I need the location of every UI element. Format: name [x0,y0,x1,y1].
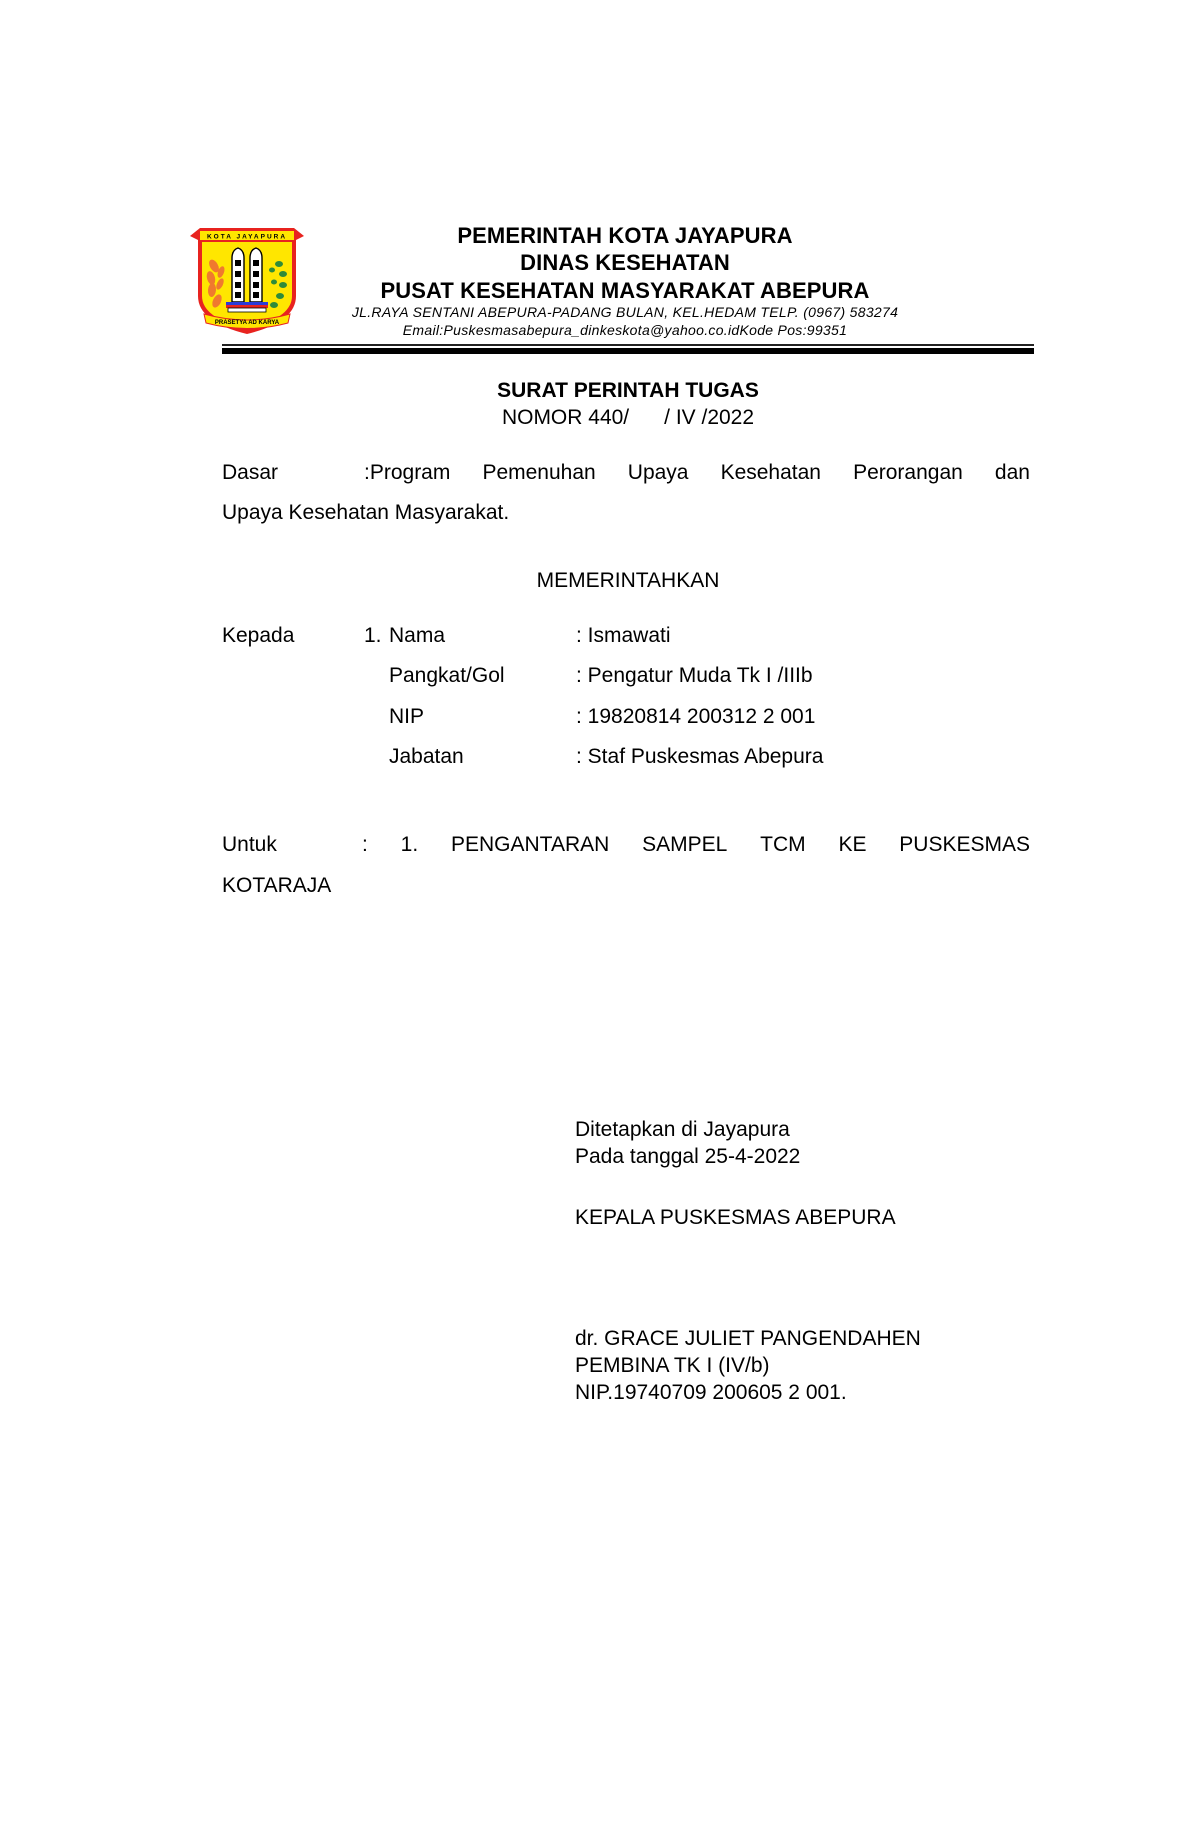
untuk-word: KE [838,833,866,857]
command-heading: MEMERINTAHKAN [222,569,1034,593]
kepada-field-value: : Staf Puskesmas Abepura [576,745,823,769]
letterhead-line-1: PEMERINTAH KOTA JAYAPURA [320,222,930,249]
dasar-word: Perorangan [853,461,963,485]
kepada-field-label: Jabatan [389,745,464,769]
dasar-word: Kesehatan [721,461,821,485]
document-number: NOMOR 440/ / IV /2022 [222,406,1034,430]
signatory-nip: NIP.19740709 200605 2 001. [575,1379,847,1406]
kepada-field-label: Pangkat/Gol [389,664,505,688]
untuk-text-line-2: KOTARAJA [222,874,331,898]
dasar-text-line-2: Upaya Kesehatan Masyarakat. [222,501,509,525]
letterhead-divider-thick [222,348,1034,354]
kepada-index: 1. [364,624,382,648]
letterhead-line-3: PUSAT KESEHATAN MASYARAKAT ABEPURA [320,277,930,304]
dasar-word: Pemenuhan [482,461,595,485]
emblem-icon: KOTA JAYAPURA [186,226,308,336]
dasar-text-line-1: :ProgramPemenuhanUpayaKesehatanPeroranga… [364,461,1030,485]
dasar-word: :Program [364,461,450,485]
letterhead-divider-thin [222,344,1034,346]
signatory-name: dr. GRACE JULIET PANGENDAHEN [575,1325,921,1352]
document-title: SURAT PERINTAH TUGAS [222,379,1034,403]
signature-place: Ditetapkan di Jayapura [575,1116,790,1143]
kepada-field-value: : Ismawati [576,624,671,648]
untuk-word: PENGANTARAN [451,833,609,857]
dasar-word: Upaya [628,461,689,485]
letterhead-address: JL.RAYA SENTANI ABEPURA-PADANG BULAN, KE… [320,304,930,321]
svg-text:PRASETYA AD KARYA: PRASETYA AD KARYA [215,320,280,326]
kepada-field-value: : Pengatur Muda Tk I /IIIb [576,664,813,688]
kepada-field-label: Nama [389,624,445,648]
kepada-label: Kepada [222,624,294,648]
untuk-text-line-1: :1.PENGANTARANSAMPELTCMKEPUSKESMAS [362,833,1030,857]
untuk-word: PUSKESMAS [899,833,1030,857]
svg-text:KOTA JAYAPURA: KOTA JAYAPURA [207,234,287,241]
kepada-field-label: NIP [389,705,424,729]
untuk-word: : [362,833,368,857]
untuk-word: 1. [401,833,419,857]
letterhead-line-2: DINAS KESEHATAN [320,249,930,276]
untuk-word: SAMPEL [642,833,727,857]
untuk-label: Untuk [222,833,277,857]
signature-position: KEPALA PUSKESMAS ABEPURA [575,1204,896,1231]
signature-date: Pada tanggal 25-4-2022 [575,1143,800,1170]
letterhead-email: Email:Puskesmasabepura_dinkeskota@yahoo.… [320,322,930,339]
kota-jayapura-logo: KOTA JAYAPURA [186,226,308,336]
dasar-label: Dasar [222,461,278,485]
kepada-field-value: : 19820814 200312 2 001 [576,705,815,729]
untuk-word: TCM [760,833,806,857]
signatory-rank: PEMBINA TK I (IV/b) [575,1352,770,1379]
dasar-word: dan [995,461,1030,485]
